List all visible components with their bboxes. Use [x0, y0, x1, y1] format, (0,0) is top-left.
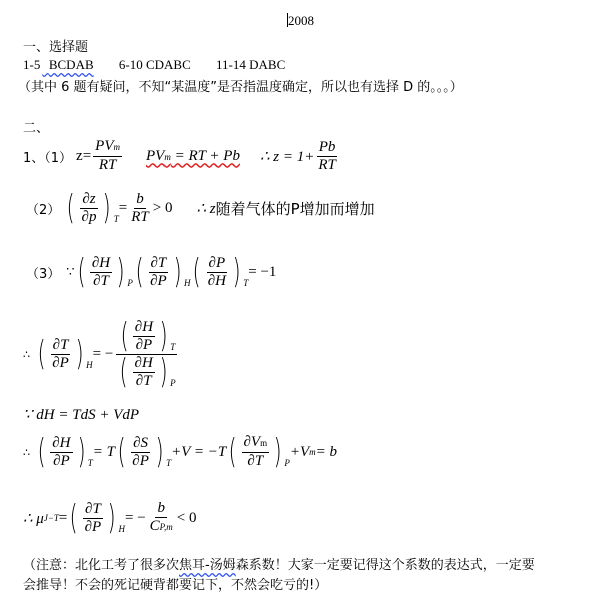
answer-range: 1-5 [23, 57, 40, 72]
answer-value: BCDAB [42, 57, 93, 72]
therefore-symbol: ∴ [23, 348, 29, 361]
footer-note-line2: 会推导！不会的死记硬背都要记下，不然会吃亏的!） [23, 574, 327, 593]
partial-derivative: (∂H∂T)P [75, 255, 133, 290]
answer-value: DABC [249, 57, 285, 72]
because-symbol: ∵ [66, 264, 74, 280]
z-result: ∴ z = 1+ [260, 147, 314, 166]
partial-derivative: (∂S∂P)T [115, 435, 171, 470]
state-equation: PVm = RT + Pb [132, 148, 254, 165]
partial-derivative: (∂Vm∂T)P [226, 434, 290, 470]
answer-value: CDABC [146, 57, 191, 72]
q2-equation: （2） ( ∂z∂p )T = bRT > 0 ∴ z 随着气体的P增加而增加 [26, 186, 375, 230]
fraction: PVm RT [93, 138, 122, 174]
partial-derivative: (∂T∂P)H [133, 255, 191, 290]
q1-equation: 1、（1） z= PVm RT PVm = RT + Pb ∴ z = 1+ P… [23, 136, 340, 176]
q3-cyclic-relation: （3） ∵ (∂H∂T)P (∂T∂P)H (∂P∂H)T = −1 [26, 248, 276, 296]
section1-note: （其中 6 题有疑问，不知“某温度”是否指温度确定，所以也有选择 D 的。。。） [18, 76, 463, 95]
q3-enthalpy-derivative: ∴ (∂H∂P)T = T (∂S∂P)T +V = −T (∂Vm∂T)P +… [23, 428, 337, 476]
section2-heading: 二、 [23, 117, 49, 136]
mu-symbol: ∴ μ [23, 509, 44, 528]
q2-label: （2） [26, 199, 60, 218]
therefore-z: ∴ z [196, 199, 215, 218]
fraction: bCP,m [148, 500, 175, 536]
answer-range: 6-10 [119, 57, 143, 72]
partial-derivative: (∂H∂P)T [35, 435, 93, 470]
partial-derivative: (∂P∂H)T [190, 255, 248, 290]
section1-heading: 一、选择题 [23, 36, 88, 55]
partial-derivative: (∂T∂P)H [67, 501, 125, 536]
q2-conclusion: 随着气体的P增加而增加 [216, 198, 375, 219]
compound-fraction: (∂H∂P)T (∂H∂T)P [115, 319, 177, 390]
answer-row: 1-5 BCDAB 6-10 CDABC 11-14 DABC [23, 57, 285, 73]
spellcheck-term: 焦耳-汤姆 [179, 558, 236, 573]
dh-relation: ∵ dH = TdS + VdP [23, 405, 139, 424]
partial-derivative: (∂T∂P)H [35, 337, 93, 372]
footer-note-line1: （注意：北化工考了很多次焦耳-汤姆森系数！大家一定要记得这个系数的表达式，一定要 [23, 554, 535, 573]
q1-label: 1、（1） [23, 147, 72, 166]
answer-range: 11-14 [216, 57, 246, 72]
z-equals: z= [76, 148, 91, 165]
q3-label: （3） [26, 263, 60, 282]
document-title: 2008 [287, 13, 314, 29]
partial-derivative: ( ∂z∂p )T [64, 191, 118, 226]
fraction: Pb RT [316, 139, 338, 174]
q3-joule-thomson-relation: ∴ (∂T∂P)H = − (∂H∂P)T (∂H∂T)P [23, 308, 180, 400]
joule-thomson-coefficient: ∴ μJ−T = (∂T∂P)H = − bCP,m < 0 [23, 494, 196, 542]
fraction: bRT [129, 191, 151, 226]
therefore-symbol: ∴ [23, 446, 29, 459]
title-text: 2008 [288, 13, 314, 28]
